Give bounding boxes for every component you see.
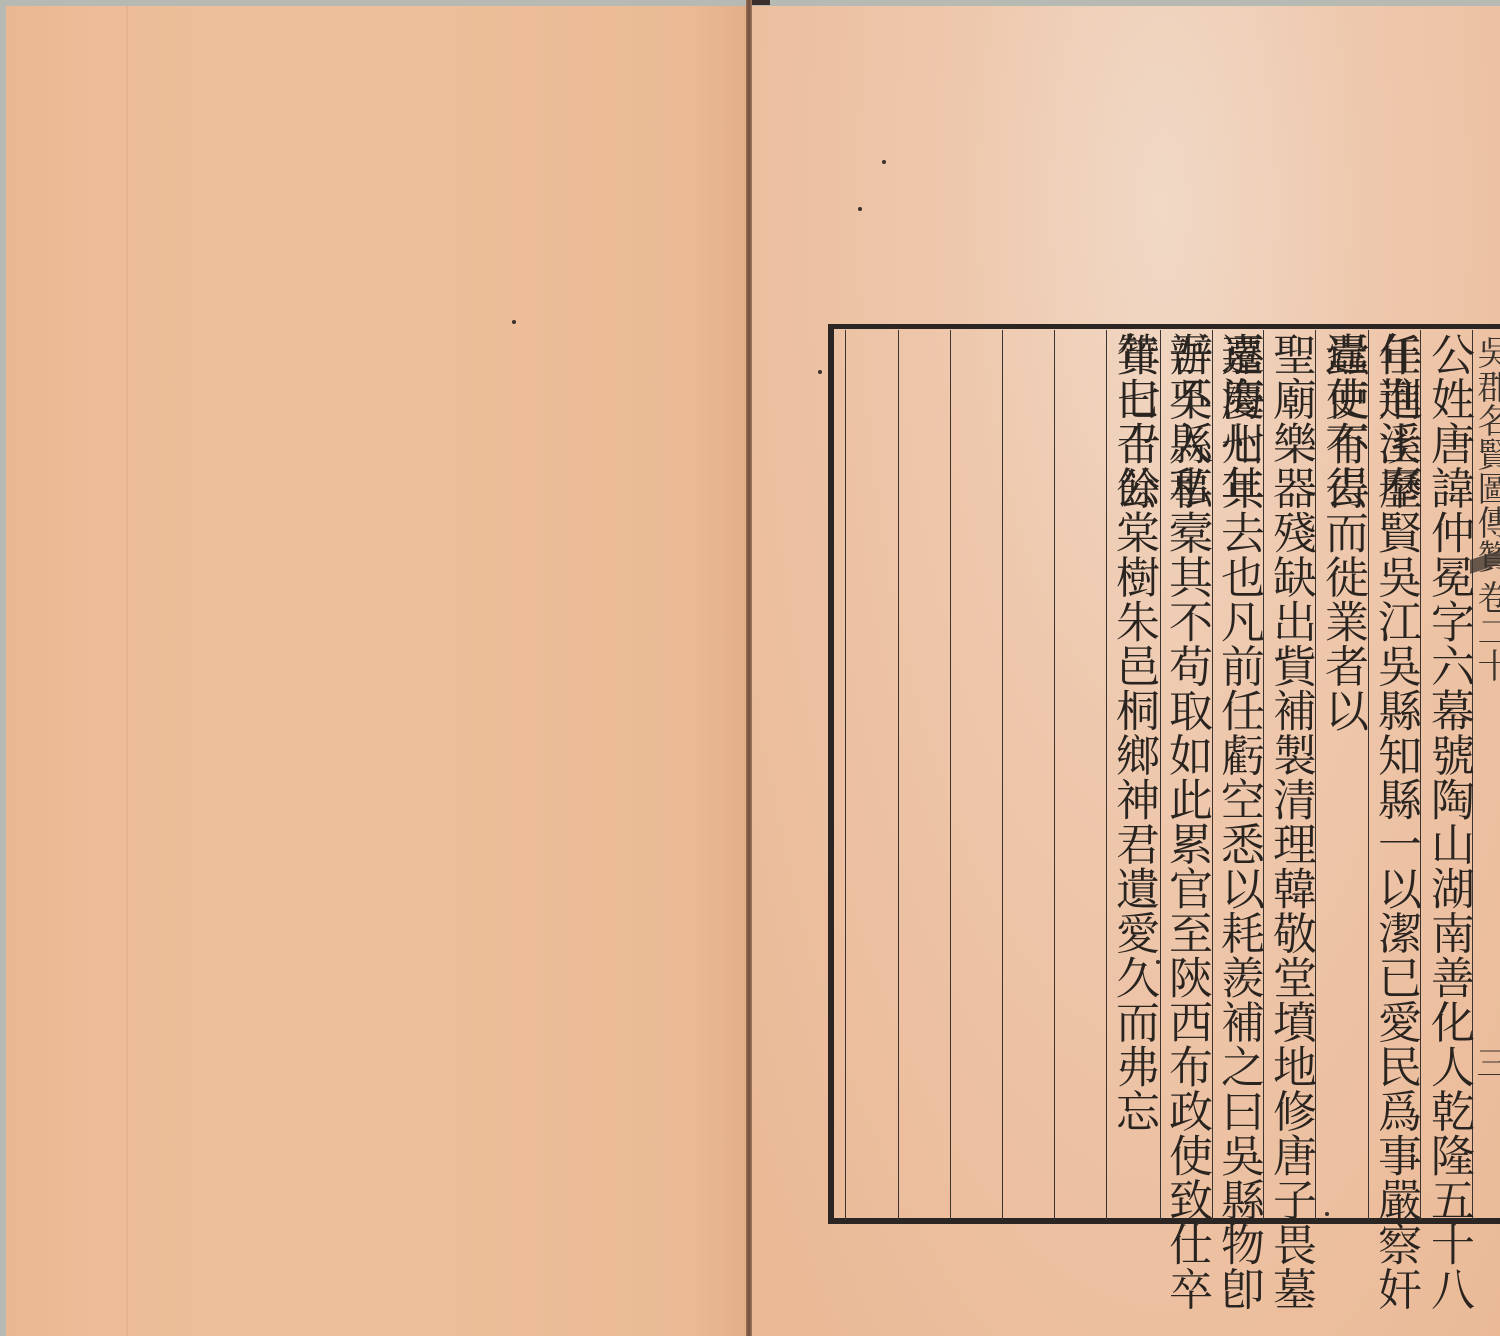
page-fold-shadow <box>126 6 128 1336</box>
paper-speck <box>858 207 862 211</box>
column-rule <box>845 330 846 1220</box>
column-rule <box>1002 330 1003 1220</box>
binding-thread <box>752 0 770 5</box>
margin-page-number: 三 <box>1478 1045 1500 1079</box>
text-column-7-eulogy: 贊曰召公棠樹朱邑桐鄉神君遺愛久而弗忘 <box>1107 332 1159 1133</box>
margin-volume-number: 卷二十 <box>1476 580 1500 682</box>
column-rule <box>898 330 899 1220</box>
punctuation-dot <box>1325 1212 1329 1216</box>
paper-speck <box>882 160 886 164</box>
text-column-4: 聖廟樂器殘缺出貲補製清理韓敬堂墳地修唐子畏墓嘉慶七年 <box>1264 332 1316 1336</box>
text-column-1: 公姓唐諱仲冕字六幕號陶山湖南善化人乾隆五十八年進士歷 <box>1422 332 1474 1336</box>
margin-book-title: 吳郡名賢圖傳贊 <box>1476 335 1500 573</box>
text-column-3: 逞吏有去而徙業者以 <box>1316 332 1368 733</box>
paper-speck <box>512 320 516 324</box>
text-column-2: 任荆溪奉賢吳江吳縣知縣一以潔已愛民爲事嚴察奸蠹使不得 <box>1369 332 1421 1336</box>
column-rule <box>1054 330 1055 1220</box>
text-column-6: 吾不入私槖其不苟取如此累官至陝西布政使致仕卒年七十餘 <box>1160 332 1212 1336</box>
left-page-blank <box>6 6 748 1336</box>
punctuation-dot <box>1156 960 1160 964</box>
text-column-5: 遷海州其去也凡前任虧空悉以耗羨補之曰吳縣物卽辦吳縣事 <box>1212 332 1264 1336</box>
paper-speck <box>818 370 822 374</box>
column-rule <box>950 330 951 1220</box>
